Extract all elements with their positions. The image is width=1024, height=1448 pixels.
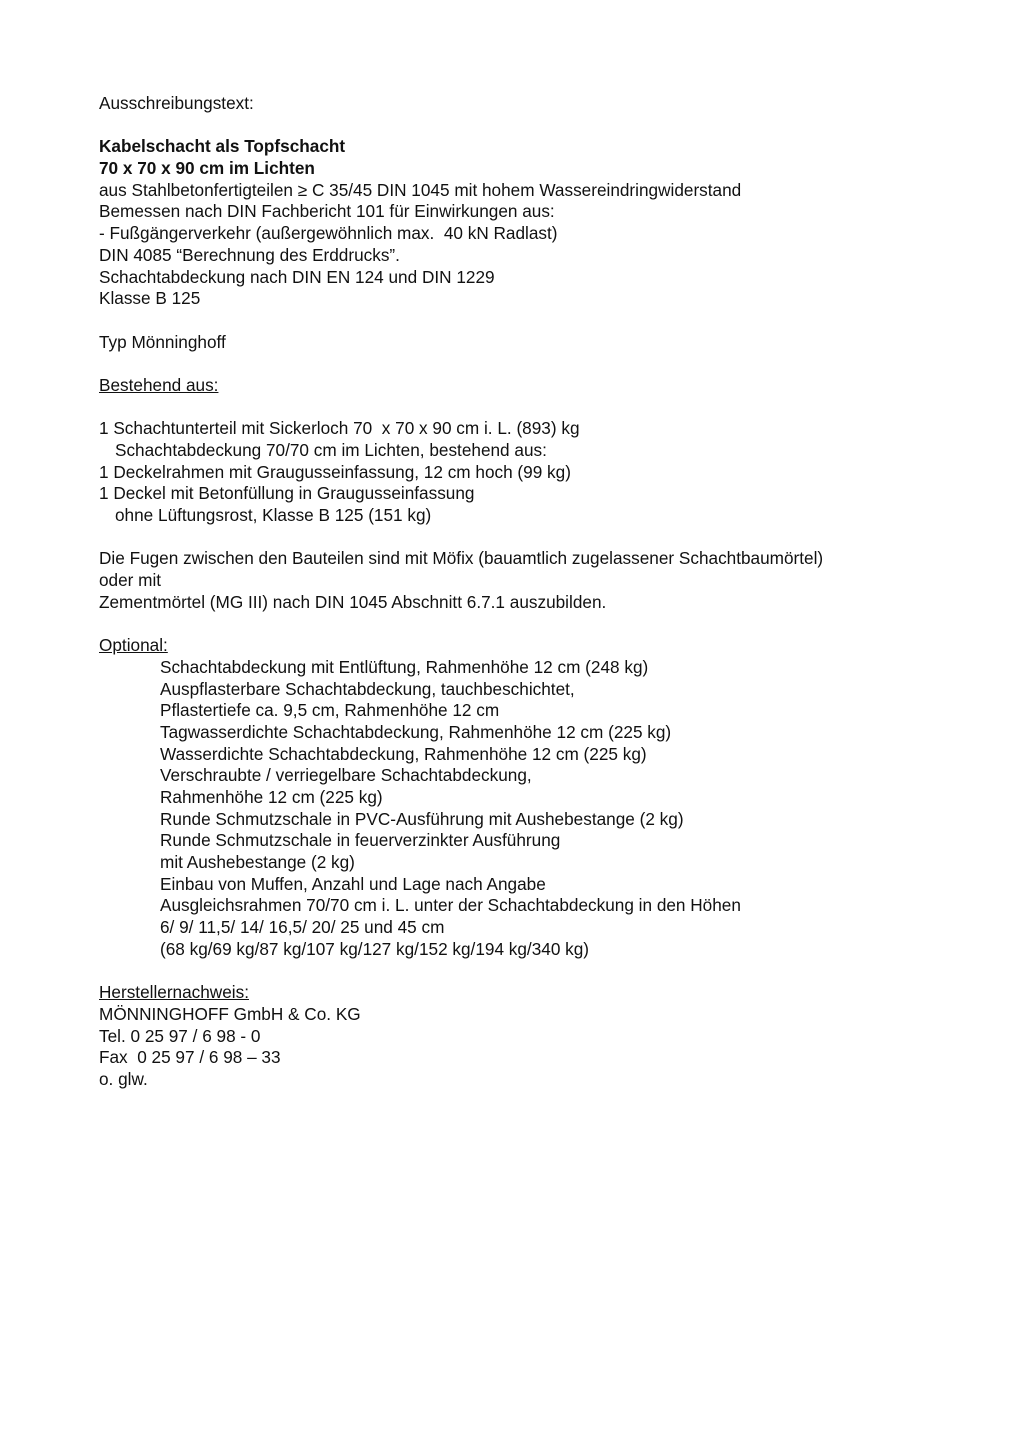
optional-line: 6/ 9/ 11,5/ 14/ 16,5/ 20/ 25 und 45 cm	[99, 917, 959, 939]
spec-line: - Fußgängerverkehr (außergewöhnlich max.…	[99, 223, 959, 245]
document-title: Kabelschacht als Topfschacht	[99, 136, 959, 158]
optional-line: Rahmenhöhe 12 cm (225 kg)	[99, 787, 959, 809]
spacer	[99, 353, 959, 375]
optional-line: Tagwasserdichte Schachtabdeckung, Rahmen…	[99, 722, 959, 744]
components-list: 1 Schachtunterteil mit Sickerloch 70 x 7…	[99, 418, 959, 526]
spec-line: Schachtabdeckung nach DIN EN 124 und DIN…	[99, 267, 959, 289]
manufacturer-fax: Fax 0 25 97 / 6 98 – 33	[99, 1047, 959, 1069]
spacer	[99, 115, 959, 137]
spec-line: Bemessen nach DIN Fachbericht 101 für Ei…	[99, 201, 959, 223]
optional-line: Einbau von Muffen, Anzahl und Lage nach …	[99, 874, 959, 896]
manufacturer-heading: Herstellernachweis:	[99, 982, 249, 1002]
component-line: 1 Deckelrahmen mit Graugusseinfassung, 1…	[99, 462, 959, 484]
optional-line: Runde Schmutzschale in feuerverzinkter A…	[99, 830, 959, 852]
components-heading: Bestehend aus:	[99, 375, 218, 395]
component-line: 1 Deckel mit Betonfüllung in Graugussein…	[99, 483, 959, 505]
manufacturer-name: MÖNNINGHOFF GmbH & Co. KG	[99, 1004, 959, 1026]
document-page: Ausschreibungstext: Kabelschacht als Top…	[99, 93, 959, 1091]
optional-line: Runde Schmutzschale in PVC-Ausführung mi…	[99, 809, 959, 831]
spacer	[99, 310, 959, 332]
joints-line: Die Fugen zwischen den Bauteilen sind mi…	[99, 548, 959, 570]
intro-label: Ausschreibungstext:	[99, 93, 959, 115]
spec-line: DIN 4085 “Berechnung des Erddrucks”.	[99, 245, 959, 267]
spacer	[99, 397, 959, 419]
optional-line: Auspflasterbare Schachtabdeckung, tauchb…	[99, 679, 959, 701]
spec-line: aus Stahlbetonfertigteilen ≥ C 35/45 DIN…	[99, 180, 959, 202]
spec-line: Klasse B 125	[99, 288, 959, 310]
spacer	[99, 961, 959, 983]
document-subtitle: 70 x 70 x 90 cm im Lichten	[99, 158, 959, 180]
optional-line: Ausgleichsrahmen 70/70 cm i. L. unter de…	[99, 895, 959, 917]
optional-heading: Optional:	[99, 635, 168, 655]
component-line: Schachtabdeckung 70/70 cm im Lichten, be…	[99, 440, 959, 462]
joints-line: oder mit	[99, 570, 959, 592]
joints-line: Zementmörtel (MG III) nach DIN 1045 Absc…	[99, 592, 959, 614]
component-line: ohne Lüftungsrost, Klasse B 125 (151 kg)	[99, 505, 959, 527]
manufacturer-tel: Tel. 0 25 97 / 6 98 - 0	[99, 1026, 959, 1048]
optional-line: mit Aushebestange (2 kg)	[99, 852, 959, 874]
optional-list: Schachtabdeckung mit Entlüftung, Rahmenh…	[99, 657, 959, 961]
optional-line: Pflastertiefe ca. 9,5 cm, Rahmenhöhe 12 …	[99, 700, 959, 722]
optional-line: Verschraubte / verriegelbare Schachtabde…	[99, 765, 959, 787]
manufacturer-note: o. glw.	[99, 1069, 959, 1091]
optional-line: Schachtabdeckung mit Entlüftung, Rahmenh…	[99, 657, 959, 679]
optional-line: (68 kg/69 kg/87 kg/107 kg/127 kg/152 kg/…	[99, 939, 959, 961]
spec-block: aus Stahlbetonfertigteilen ≥ C 35/45 DIN…	[99, 180, 959, 310]
type-line: Typ Mönninghoff	[99, 332, 959, 354]
spacer	[99, 614, 959, 636]
joints-block: Die Fugen zwischen den Bauteilen sind mi…	[99, 548, 959, 613]
component-line: 1 Schachtunterteil mit Sickerloch 70 x 7…	[99, 418, 959, 440]
manufacturer-block: Herstellernachweis: MÖNNINGHOFF GmbH & C…	[99, 982, 959, 1090]
optional-line: Wasserdichte Schachtabdeckung, Rahmenhöh…	[99, 744, 959, 766]
spacer	[99, 527, 959, 549]
